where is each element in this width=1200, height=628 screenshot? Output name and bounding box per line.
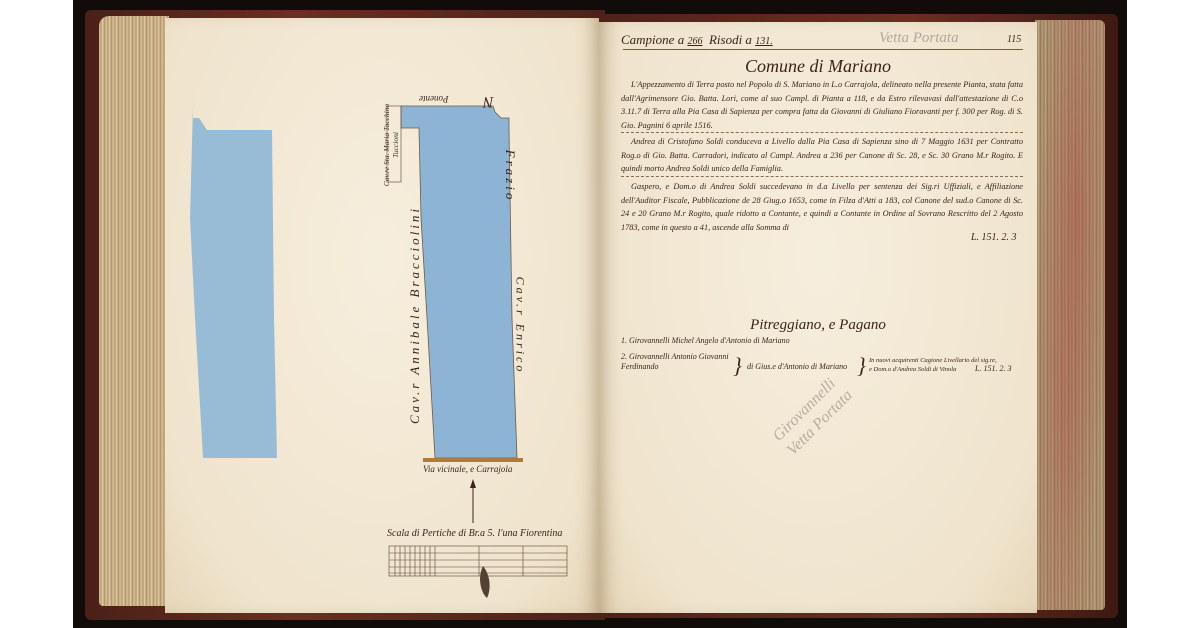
owner-2-parent: di Gius.e d'Antonio di Mariano [747, 362, 847, 371]
owner-1: 1. Girovannelli Michel Angelo d'Antonio … [621, 336, 790, 345]
paragraph-2: Andrea di Cristofano Soldi conduceva a L… [621, 135, 1023, 176]
campione-header: Campione a 266 Risodi a 131. [621, 32, 773, 48]
owner-1-num: 1. [621, 336, 627, 345]
parcel-shape [190, 106, 277, 458]
paragraph-1: L'Appezzamento di Terra posto nel Popolo… [621, 78, 1023, 133]
owner-2-name: Girovannelli Antonio Giovanni Ferdinando [621, 352, 729, 371]
page-edges-right [1035, 20, 1105, 610]
pencil-signature: Girovannelli Vetta Portata [769, 372, 857, 460]
pencil-note: Vetta Portata [879, 30, 959, 47]
owner-2: 2. Girovannelli Antonio Giovanni Ferdina… [621, 352, 731, 372]
page-title: Comune di Mariano [599, 56, 1037, 77]
campione-label: Campione a [621, 32, 684, 47]
owner-2-num: 2. [621, 352, 627, 361]
road-band [423, 458, 523, 462]
header-rule [623, 49, 1023, 50]
map-label-left: Cav.r Annibale Bracciolini [407, 224, 423, 424]
map-label-top-left: Cav.re Sta. Maria Tacchino Tuccioni [382, 95, 400, 195]
scale-caption: Scala di Pertiche di Br.a 5. l'una Fiore… [387, 528, 562, 539]
owner-brace-2: } [857, 355, 866, 377]
right-page: Campione a 266 Risodi a 131. Vetta Porta… [599, 22, 1037, 613]
owner-brace-1: } [733, 355, 742, 377]
map-north-label: Ponente [419, 94, 449, 104]
owner-1-name: Girovannelli Michel Angelo d'Antonio di … [629, 336, 790, 345]
owners-amount: L. 151. 2. 3 [975, 364, 1011, 373]
scale-bar [389, 546, 567, 576]
owners-title: Pitreggiano, e Pagano [599, 317, 1037, 334]
map-label-bottom-road: Via vicinale, e Carrajola [423, 464, 512, 474]
total-amount: L. 151. 2. 3 [971, 232, 1017, 243]
page-number: 115 [1007, 34, 1021, 45]
divider-1 [621, 132, 1023, 133]
book-photograph: Ponente N Cav.re Sta. Maria Tacchino Tuc… [73, 0, 1127, 628]
risodi-label: Risodi a [709, 32, 752, 47]
page-edges-left [99, 16, 169, 606]
campione-value: 266 [687, 36, 702, 47]
map-north-prefix: N [483, 92, 494, 110]
compass-feather-icon [480, 566, 490, 598]
map-label-right-top: Frazio [502, 146, 518, 206]
divider-2 [621, 176, 1023, 177]
left-page: Ponente N Cav.re Sta. Maria Tacchino Tuc… [165, 18, 599, 613]
paragraph-3: Gaspero, e Dom.o di Andrea Soldi succede… [621, 180, 1023, 235]
risodi-value: 131. [755, 36, 773, 47]
map-label-right-bottom: Cav.r Enrico [513, 276, 528, 376]
